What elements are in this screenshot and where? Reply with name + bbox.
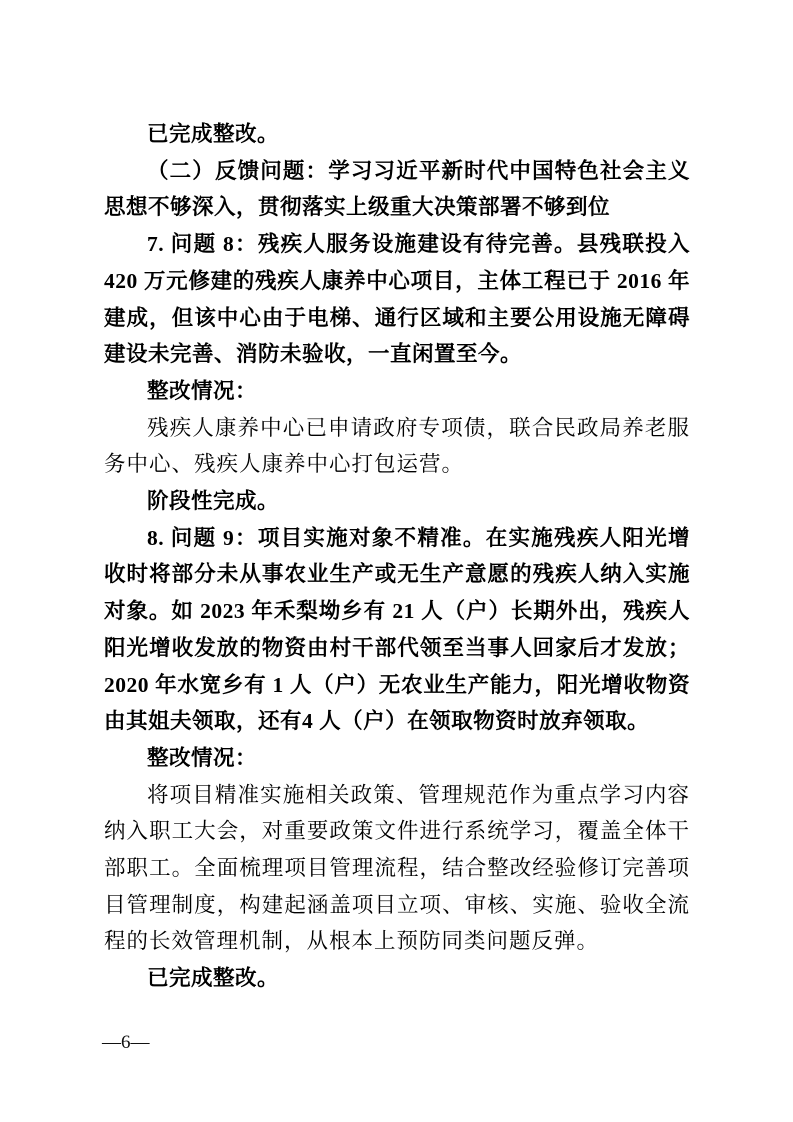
completed-note-2: 已完成整改。 [104,960,690,997]
rectification-detail-1: 残疾人康养中心已申请政府专项债，联合民政局养老服务中心、残疾人康养中心打包运营。 [104,410,690,483]
document-body: 已完成整改。 （二）反馈问题：学习习近平新时代中国特色社会主义思想不够深入，贯彻… [104,116,690,997]
section-heading: （二）反馈问题：学习习近平新时代中国特色社会主义思想不够深入，贯彻落实上级重大决… [104,153,690,226]
rectification-detail-2: 将项目精准实施相关政策、管理规范作为重点学习内容纳入职工大会，对重要政策文件进行… [104,777,690,961]
rectification-label-1: 整改情况： [104,373,690,410]
page-number: —6— [102,1032,150,1054]
rectification-label-2: 整改情况： [104,740,690,777]
stage-status-note: 阶段性完成。 [104,483,690,520]
document-page: 已完成整改。 （二）反馈问题：学习习近平新时代中国特色社会主义思想不够深入，贯彻… [0,0,793,1122]
issue-9-paragraph: 8. 问题 9：项目实施对象不精准。在实施残疾人阳光增收时将部分未从事农业生产或… [104,520,690,740]
completed-note-1: 已完成整改。 [104,116,690,153]
issue-8-paragraph: 7. 问题 8：残疾人服务设施建设有待完善。县残联投入 420 万元修建的残疾人… [104,226,690,373]
